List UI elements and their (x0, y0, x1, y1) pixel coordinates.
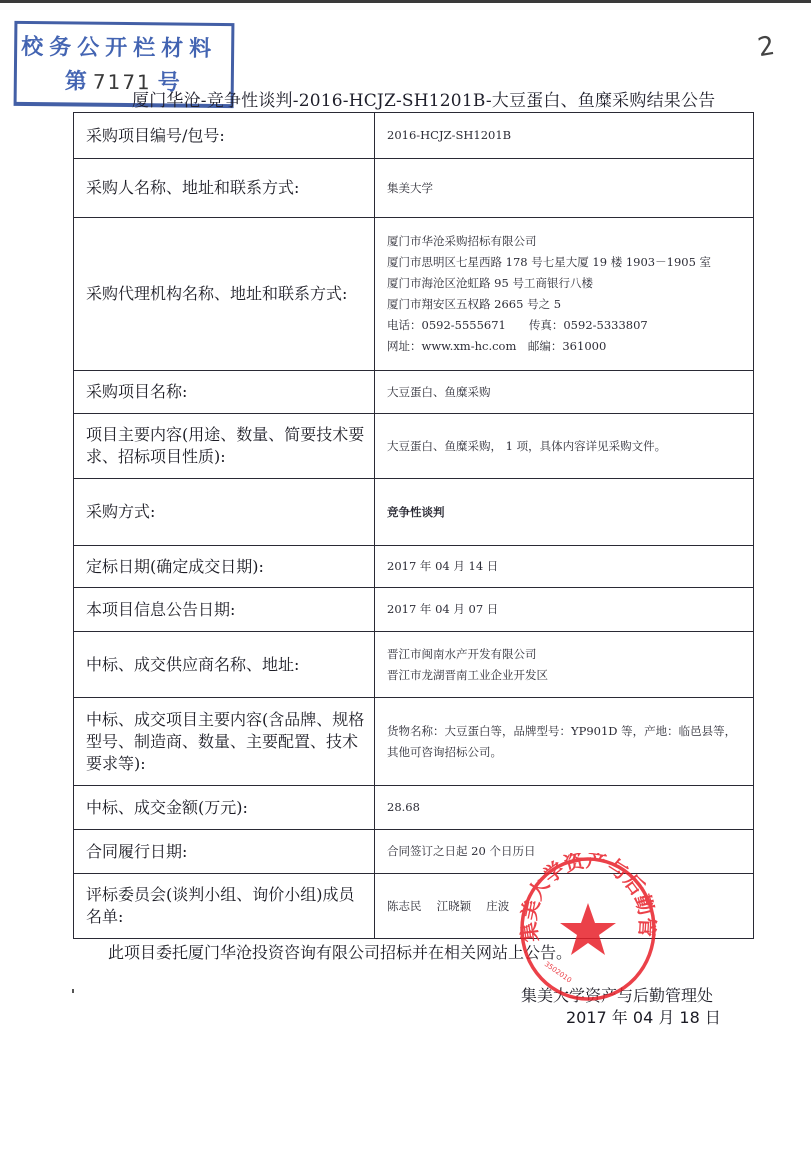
row-label: 中标、成交供应商名称、地址: (74, 632, 375, 698)
row-value-award-content: 货物名称：大豆蛋白等，品牌型号：YP901D 等，产地：临邑县等，其他可咨询招标… (375, 698, 754, 786)
table-row: 采购方式: 竞争性谈判 (74, 479, 754, 546)
scan-speck (72, 989, 74, 993)
announcement-table: 采购项目编号/包号: 2016-HCJZ-SH1201B 采购人名称、地址和联系… (73, 112, 754, 939)
row-label: 采购项目名称: (74, 371, 375, 414)
value-line: 28.68 (387, 797, 745, 818)
row-value-contract-period: 合同签订之日起 20 个日历日 (375, 830, 754, 874)
row-value-agency: 厦门市华沧采购招标有限公司 厦门市思明区七星西路 178 号七星大厦 19 楼 … (375, 218, 754, 371)
table-row: 本项目信息公告日期: 2017 年 04 月 07 日 (74, 588, 754, 632)
row-label: 项目主要内容(用途、数量、简要技术要求、招标项目性质): (74, 414, 375, 479)
value-line: 陈志民 江晓颖 庄波 (387, 896, 745, 917)
table-row: 合同履行日期: 合同签订之日起 20 个日历日 (74, 830, 754, 874)
row-label: 采购项目编号/包号: (74, 113, 375, 159)
row-label: 中标、成交项目主要内容(含品牌、规格型号、制造商、数量、主要配置、技术要求等): (74, 698, 375, 786)
value-line: 晋江市闽南水产开发有限公司 (387, 644, 745, 665)
value-line: 合同签订之日起 20 个日历日 (387, 841, 745, 862)
value-line: 2016-HCJZ-SH1201B (387, 125, 745, 146)
row-value-purchaser: 集美大学 (375, 159, 754, 218)
table-row: 中标、成交项目主要内容(含品牌、规格型号、制造商、数量、主要配置、技术要求等):… (74, 698, 754, 786)
value-line: 厦门市华沧采购招标有限公司 (387, 231, 745, 252)
row-value-publish-date: 2017 年 04 月 07 日 (375, 588, 754, 632)
footer-note: 此项目委托厦门华沧投资咨询有限公司招标并在相关网站上公告。 (108, 940, 572, 963)
value-line: 货物名称：大豆蛋白等，品牌型号：YP901D 等，产地：临邑县等，其他可咨询招标… (387, 721, 745, 763)
table-row: 采购人名称、地址和联系方式: 集美大学 (74, 159, 754, 218)
table-row: 中标、成交金额(万元): 28.68 (74, 786, 754, 830)
row-value-award-date: 2017 年 04 月 14 日 (375, 546, 754, 588)
document-title: 厦门华沧-竞争性谈判-2016-HCJZ-SH1201B-大豆蛋白、鱼糜采购结果… (132, 86, 715, 111)
value-line: 大豆蛋白、鱼糜采购 (387, 382, 745, 403)
row-value-project-number: 2016-HCJZ-SH1201B (375, 113, 754, 159)
value-line: 厦门市思明区七星西路 178 号七星大厦 19 楼 1903－1905 室 (387, 252, 745, 273)
signature-date: 2017 年 04 月 18 日 (566, 1005, 721, 1028)
table-row: 采购项目编号/包号: 2016-HCJZ-SH1201B (74, 113, 754, 159)
table-row: 中标、成交供应商名称、地址: 晋江市闽南水产开发有限公司 晋江市龙湖晋南工业企业… (74, 632, 754, 698)
scan-top-border (0, 0, 811, 3)
row-value-main-content: 大豆蛋白、鱼糜采购， 1 项，具体内容详见采购文件。 (375, 414, 754, 479)
row-label: 评标委员会(谈判小组、询价小组)成员名单: (74, 874, 375, 939)
value-line: 厦门市海沧区沧虹路 95 号工商银行八楼 (387, 273, 745, 294)
value-line: 竞争性谈判 (387, 502, 745, 523)
row-value-committee: 陈志民 江晓颖 庄波 (375, 874, 754, 939)
row-label: 采购代理机构名称、地址和联系方式: (74, 218, 375, 371)
row-value-supplier: 晋江市闽南水产开发有限公司 晋江市龙湖晋南工业企业开发区 (375, 632, 754, 698)
table-row: 评标委员会(谈判小组、询价小组)成员名单: 陈志民 江晓颖 庄波 (74, 874, 754, 939)
value-line: 2017 年 04 月 07 日 (387, 599, 745, 620)
archive-stamp-prefix: 第 (65, 69, 87, 94)
value-line: 集美大学 (387, 178, 745, 199)
row-value-project-name: 大豆蛋白、鱼糜采购 (375, 371, 754, 414)
table-row: 定标日期(确定成交日期): 2017 年 04 月 14 日 (74, 546, 754, 588)
row-label: 中标、成交金额(万元): (74, 786, 375, 830)
value-line: 厦门市翔安区五权路 2665 号之 5 (387, 294, 745, 315)
row-value-amount: 28.68 (375, 786, 754, 830)
table-row: 项目主要内容(用途、数量、简要技术要求、招标项目性质): 大豆蛋白、鱼糜采购， … (74, 414, 754, 479)
table-row: 采购代理机构名称、地址和联系方式: 厦门市华沧采购招标有限公司 厦门市思明区七星… (74, 218, 754, 371)
value-line: 晋江市龙湖晋南工业企业开发区 (387, 665, 745, 686)
row-label: 采购方式: (74, 479, 375, 546)
table-row: 采购项目名称: 大豆蛋白、鱼糜采购 (74, 371, 754, 414)
svg-text:3502010: 3502010 (543, 960, 573, 984)
row-label: 定标日期(确定成交日期): (74, 546, 375, 588)
value-line: 2017 年 04 月 14 日 (387, 556, 745, 577)
row-label: 本项目信息公告日期: (74, 588, 375, 632)
row-value-method: 竞争性谈判 (375, 479, 754, 546)
signature-org: 集美大学资产与后勤管理处 (521, 983, 713, 1006)
archive-stamp-title: 校务公开栏材料 (21, 30, 217, 63)
value-line: 大豆蛋白、鱼糜采购， 1 项，具体内容详见采购文件。 (387, 436, 745, 457)
row-label: 采购人名称、地址和联系方式: (74, 159, 375, 218)
value-line: 电话：0592-5555671 传真：0592-5333807 (387, 315, 745, 336)
value-line: 网址：www.xm-hc.com 邮编：361000 (387, 336, 745, 357)
handwritten-page-mark: 2 (756, 31, 778, 63)
row-label: 合同履行日期: (74, 830, 375, 874)
